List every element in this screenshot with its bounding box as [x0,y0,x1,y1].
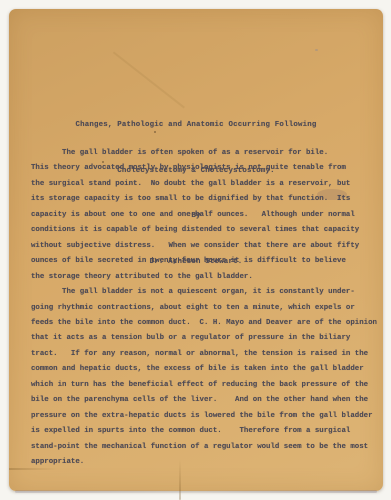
text-line: stand-point the mechanical function of a… [31,440,381,455]
text-line: its storage capacity is too small to be … [31,192,381,207]
document-body: The gall bladder is often spoken of as a… [31,146,381,471]
typewritten-text-layer: Changes, Pathologic and Anatomic Occurri… [9,9,383,491]
text-line: going rhythmic contractions, about eight… [31,301,381,316]
text-line: conditions it is capable of being disten… [31,223,381,238]
text-line: without subjective distress. When we con… [31,239,381,254]
text-line: This theory advocated mostly by physiolo… [31,161,381,176]
text-line: The gall bladder is not a quiescent orga… [31,285,381,300]
text-line: which in turn has the beneficial effect … [31,378,381,393]
text-line: is expelled in spurts into the common du… [31,424,381,439]
text-line: that it acts as a tension bulb or a regu… [31,331,381,346]
text-line: capacity is about one to one and one-hal… [31,208,381,223]
paragraph: The gall bladder is often spoken of as a… [31,146,381,285]
manuscript-paper: Changes, Pathologic and Anatomic Occurri… [9,9,383,491]
text-line: ounces of bile secreted in twenty-four h… [31,254,381,269]
text-line: The gall bladder is often spoken of as a… [31,146,381,161]
text-line: appropriate. [31,455,381,470]
text-line: the storage theory attributed to the gal… [31,270,381,285]
text-line: the surgical stand point. No doubt the g… [31,177,381,192]
text-line: tract. If for any reason, normal or abno… [31,347,381,362]
paragraph: The gall bladder is not a quiescent orga… [31,285,381,470]
scan-background: { "page": { "background_color": "#f6f5f0… [0,0,391,500]
text-line: pressure on the extra-hepatic ducts is l… [31,409,381,424]
document-title-line-1: Changes, Pathologic and Anatomic Occurri… [9,118,383,133]
text-line: bile on the parenchyma cells of the live… [31,393,381,408]
text-line: feeds the bile into the common duct. C. … [31,316,381,331]
text-line: common and hepatic ducts, the excess of … [31,362,381,377]
